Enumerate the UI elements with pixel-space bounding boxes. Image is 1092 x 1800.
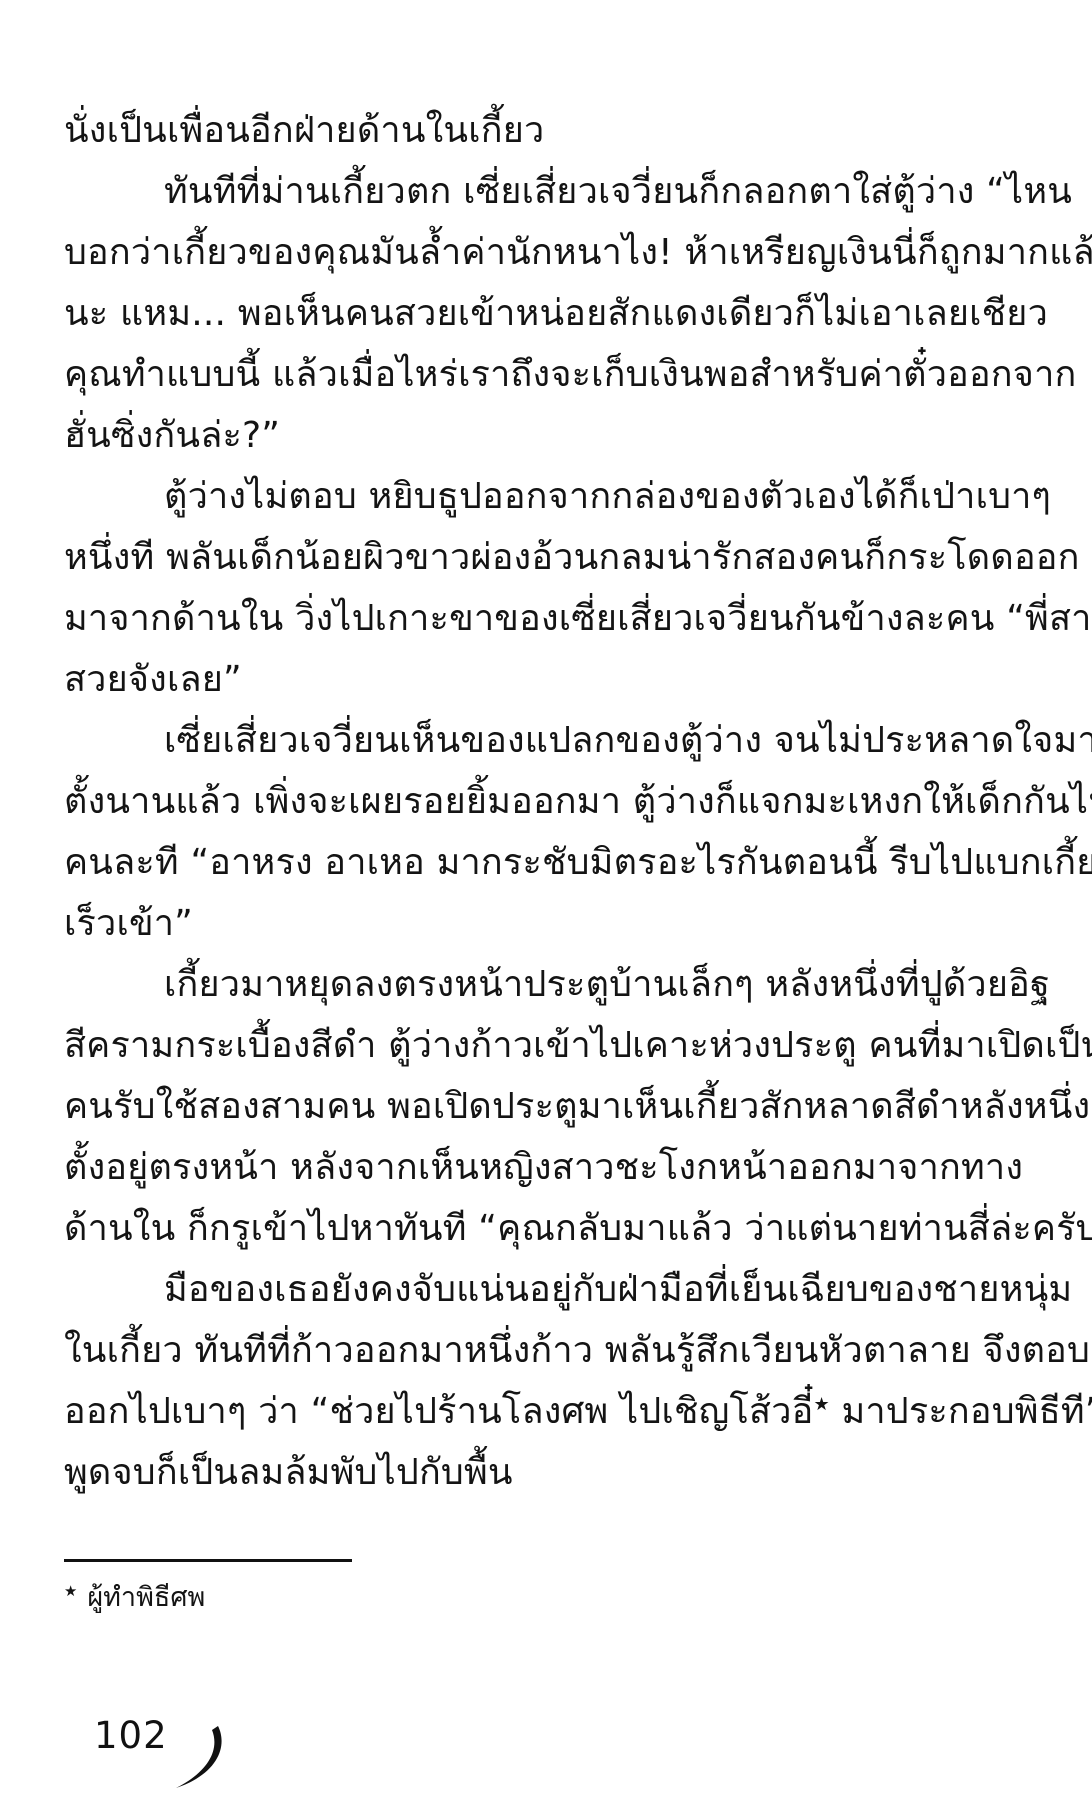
text-line: ตู้ว่างไม่ตอบ หยิบธูปออกจากกล่องของตัวเอ… — [64, 466, 1028, 527]
text-line: พูดจบก็เป็นลมล้มพับไปกับพื้น — [64, 1442, 1028, 1503]
text-line: เซี่ยเสี่ยวเจวี่ยนเห็นของแปลกของตู้ว่าง … — [64, 710, 1028, 771]
text-line: มือของเธอยังคงจับแน่นอยู่กับฝ่ามือที่เย็… — [64, 1259, 1028, 1320]
book-page: นั่งเป็นเพื่อนอีกฝ่ายด้านในเกี้ยวทันทีที… — [0, 0, 1092, 1800]
text-line: ออกไปเบาๆ ว่า “ช่วยไปร้านโลงศพ ไปเชิญโส้… — [64, 1381, 1028, 1442]
footnote: ★ผู้ทำพิธีศพ — [64, 1580, 1092, 1616]
text-line: ตั้งอยู่ตรงหน้า หลังจากเห็นหญิงสาวชะโงกห… — [64, 1137, 1028, 1198]
text-line: สีครามกระเบื้องสีดำ ตู้ว่างก้าวเข้าไปเคา… — [64, 1015, 1028, 1076]
text-line: นั่งเป็นเพื่อนอีกฝ่ายด้านในเกี้ยว — [64, 100, 1028, 161]
footnote-marker-star-icon: ★ — [64, 1582, 77, 1600]
text-line: เกี้ยวมาหยุดลงตรงหน้าประตูบ้านเล็กๆ หลัง… — [64, 954, 1028, 1015]
text-line: คนละที “อาหรง อาเหอ มากระชับมิตรอะไรกันต… — [64, 832, 1028, 893]
text-line: ทันทีที่ม่านเกี้ยวตก เซี่ยเสี่ยวเจวี่ยนก… — [64, 161, 1028, 222]
page-footer: 102 — [94, 1716, 230, 1788]
footnote-divider — [64, 1559, 352, 1562]
footnote-text: ผู้ทำพิธีศพ — [87, 1582, 205, 1613]
text-line: บอกว่าเกี้ยวของคุณมันล้ำค่านักหนาไง! ห้า… — [64, 222, 1028, 283]
text-line: คุณทำแบบนี้ แล้วเมื่อไหร่เราถึงจะเก็บเงิ… — [64, 344, 1028, 405]
text-line: นะ แหม... พอเห็นคนสวยเข้าหน่อยสักแดงเดีย… — [64, 283, 1028, 344]
text-line: ตั้งนานแล้ว เพิ่งจะเผยรอยยิ้มออกมา ตู้ว่… — [64, 771, 1028, 832]
text-line: เร็วเข้า” — [64, 893, 1028, 954]
text-line: คนรับใช้สองสามคน พอเปิดประตูมาเห็นเกี้ยว… — [64, 1076, 1028, 1137]
text-line: ฮั่นซิ่งกันล่ะ?” — [64, 405, 1028, 466]
text-line: ในเกี้ยว ทันทีที่ก้าวออกมาหนึ่งก้าว พลัน… — [64, 1320, 1028, 1381]
page-number: 102 — [94, 1716, 168, 1756]
crescent-ornament-icon — [172, 1726, 230, 1788]
text-line: มาจากด้านใน วิ่งไปเกาะขาของเซี่ยเสี่ยวเจ… — [64, 588, 1028, 649]
text-line: ด้านใน ก็กรูเข้าไปหาทันที “คุณกลับมาแล้ว… — [64, 1198, 1028, 1259]
footnote-reference-star-icon: ★ — [813, 1394, 829, 1415]
text-line: สวยจังเลย” — [64, 649, 1028, 710]
body-text: นั่งเป็นเพื่อนอีกฝ่ายด้านในเกี้ยวทันทีที… — [0, 0, 1092, 1503]
text-line: หนึ่งที พลันเด็กน้อยผิวขาวผ่องอ้วนกลมน่า… — [64, 527, 1028, 588]
